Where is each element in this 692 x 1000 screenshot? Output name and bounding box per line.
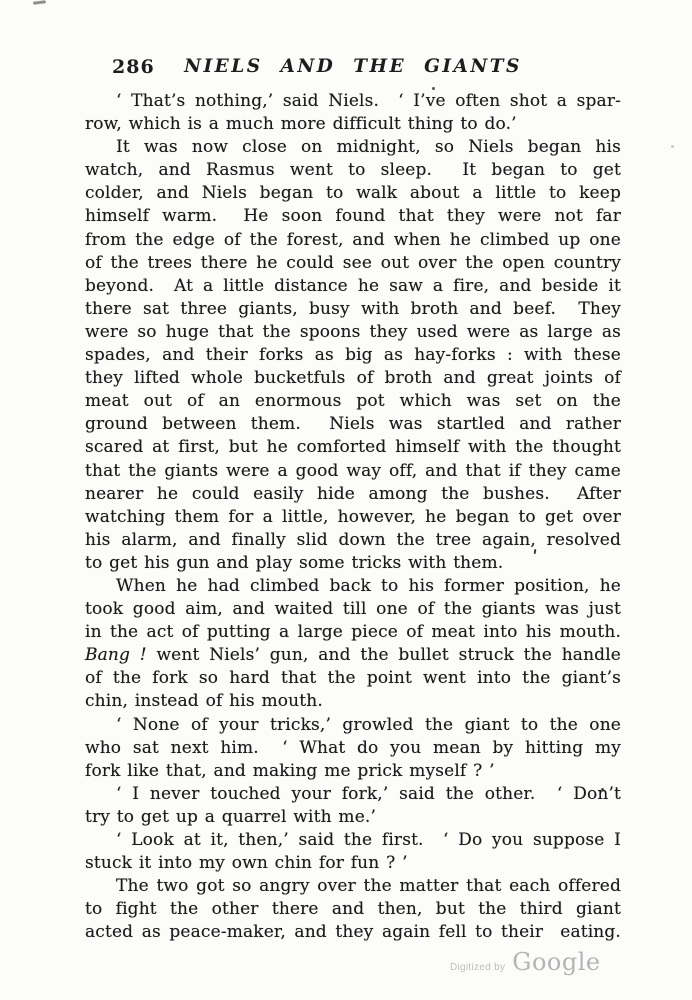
text-line: acted as peace-maker, and they again fel…: [85, 921, 621, 944]
text-line: of the trees there he could see out over…: [85, 252, 621, 275]
paragraph: ‘ Look at it, then,’ said the first. ‘ D…: [85, 829, 621, 875]
text-line: to get his gun and play some tricks with…: [85, 552, 621, 575]
paragraph: ‘ That’s nothing,’ said Niels. ‘ I’ve of…: [85, 90, 621, 136]
paragraph: The two got so angry over the matter tha…: [85, 875, 621, 944]
book-page: 286 NIELS AND THE GIANTS ‘ That’s nothin…: [0, 0, 692, 1000]
text-line: ground between them. Niels was startled …: [85, 413, 621, 436]
text-line: ‘ None of your tricks,’ growled the gian…: [85, 714, 621, 737]
text-line: to fight the other there and then, but t…: [85, 898, 621, 921]
text-line: When he had climbed back to his former p…: [85, 575, 621, 598]
text-line: that the giants were a good way off, and…: [85, 460, 621, 483]
google-logo: Google: [512, 948, 600, 976]
text-line: of the fork so hard that the point went …: [85, 667, 621, 690]
text-line: himself warm. He soon found that they we…: [85, 205, 621, 228]
text-line: watching them for a little, however, he …: [85, 506, 621, 529]
text-line: who sat next him. ‘ What do you mean by …: [85, 737, 621, 760]
text-line: were so huge that the spoons they used w…: [85, 321, 621, 344]
page-header: 286 NIELS AND THE GIANTS: [85, 56, 621, 80]
text-line: nearer he could easily hide among the bu…: [85, 483, 621, 506]
text-line: ‘ Look at it, then,’ said the first. ‘ D…: [85, 829, 621, 852]
paragraph: ‘ None of your tricks,’ growled the gian…: [85, 714, 621, 783]
text-line: colder, and Niels began to walk about a …: [85, 182, 621, 205]
digitized-watermark: Digitized by Google: [450, 948, 601, 976]
text-line: in the act of putting a large piece of m…: [85, 621, 621, 644]
scan-speck: [671, 145, 674, 148]
paragraph: When he had climbed back to his former p…: [85, 575, 621, 714]
paragraph: It was now close on midnight, so Niels b…: [85, 136, 621, 575]
text-line: It was now close on midnight, so Niels b…: [85, 136, 621, 159]
text-line: from the edge of the forest, and when he…: [85, 229, 621, 252]
text-line: ‘ That’s nothing,’ said Niels. ‘ I’ve of…: [85, 90, 621, 113]
text-line: his alarm, and finally slid down the tre…: [85, 529, 621, 552]
text-line: they lifted whole bucketfuls of broth an…: [85, 367, 621, 390]
text-line: ‘ I never touched your fork,’ said the o…: [85, 783, 621, 806]
text-line: meat out of an enormous pot which was se…: [85, 390, 621, 413]
paragraph: ‘ I never touched your fork,’ said the o…: [85, 783, 621, 829]
text-line: took good aim, and waited till one of th…: [85, 598, 621, 621]
text-line: watch, and Rasmus went to sleep. It bega…: [85, 159, 621, 182]
text-line: row, which is a much more difficult thin…: [85, 113, 621, 136]
text-line: Bang ! went Niels’ gun, and the bullet s…: [85, 644, 621, 667]
text-line: The two got so angry over the matter tha…: [85, 875, 621, 898]
text-line: chin, instead of his mouth.: [85, 690, 621, 713]
text-line: spades, and their forks as big as hay-fo…: [85, 344, 621, 367]
text-line: stuck it into my own chin for fun ? ’: [85, 852, 621, 875]
text-line: there sat three giants, busy with broth …: [85, 298, 621, 321]
scan-smudge: [33, 0, 46, 5]
page-text: ‘ That’s nothing,’ said Niels. ‘ I’ve of…: [85, 90, 621, 944]
text-line: fork like that, and making me prick myse…: [85, 760, 621, 783]
running-title: NIELS AND THE GIANTS: [184, 56, 522, 77]
text-line: try to get up a quarrel with me.’: [85, 806, 621, 829]
page-number: 286: [112, 56, 155, 78]
text-line: scared at first, but he comforted himsel…: [85, 436, 621, 459]
digitized-by-label: Digitized by: [450, 962, 505, 973]
text-line: beyond. At a little distance he saw a fi…: [85, 275, 621, 298]
